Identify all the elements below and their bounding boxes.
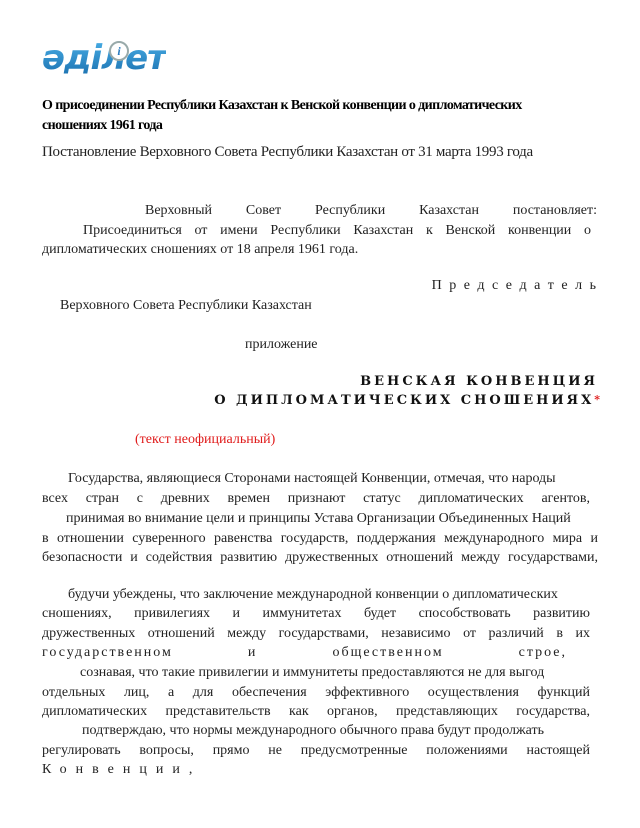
decree-line-2: Присоединиться от имени Республики Казах…: [83, 223, 591, 239]
signature-body: Верховного Совета Республики Казахстан: [60, 298, 312, 314]
preamble-line: всех стран с древних времен признают ста…: [42, 491, 590, 507]
convention-title-line-2-wrap: О ДИПЛОМАТИЧЕСКИХ СНОШЕНИЯХ*: [214, 393, 600, 408]
decree-line-3: дипломатических сношениях от 18 апреля 1…: [42, 242, 358, 258]
preamble-line: безопасности и содействия развитию друже…: [42, 550, 598, 566]
convention-title-line-1: ВЕНСКАЯ КОНВЕНЦИЯ: [360, 374, 598, 389]
preamble-line: принимая во внимание цели и принципы Уст…: [66, 511, 571, 527]
footnote-asterisk[interactable]: *: [594, 393, 600, 406]
preamble-line: отдельных лиц, а для обеспечения эффекти…: [42, 685, 590, 701]
unofficial-text-note: (текст неофициальный): [135, 432, 275, 448]
preamble-line: государственном и общественном строе,: [42, 645, 567, 661]
preamble-line: в отношении суверенного равенства госуда…: [42, 531, 598, 547]
preamble-line: Конвенции,: [42, 762, 201, 778]
convention-title-line-2: О ДИПЛОМАТИЧЕСКИХ СНОШЕНИЯХ: [214, 393, 594, 408]
info-magnifier-icon: i: [109, 41, 129, 61]
preamble-line: подтверждаю, что нормы международного об…: [82, 723, 544, 739]
logo-text: әділет: [42, 38, 166, 78]
appendix-label: приложение: [245, 337, 318, 353]
preamble-line: сознавая, что такие привилегии и иммунит…: [80, 665, 544, 681]
signature-position: П р е д с е д а т е л ь: [432, 278, 598, 294]
preamble-line: регулировать вопросы, прямо не предусмот…: [42, 743, 590, 759]
preamble-line: Государства, являющиеся Сторонами настоя…: [68, 471, 556, 487]
document-title: О присоединении Республики Казахстан к В…: [42, 96, 582, 136]
preamble-line: дружественных отношений между государств…: [42, 626, 590, 642]
preamble-line: дипломатических представительств как орг…: [42, 704, 590, 720]
preamble-line: будучи убеждены, что заключение междунар…: [68, 587, 558, 603]
adilet-logo[interactable]: әділет i: [42, 44, 177, 84]
preamble-line: сношениях, привилегиях и иммунитетах буд…: [42, 606, 590, 622]
document-subtitle: Постановление Верховного Совета Республи…: [42, 144, 533, 161]
decree-line-1: Верховный Совет Республики Казахстан пос…: [145, 203, 597, 219]
